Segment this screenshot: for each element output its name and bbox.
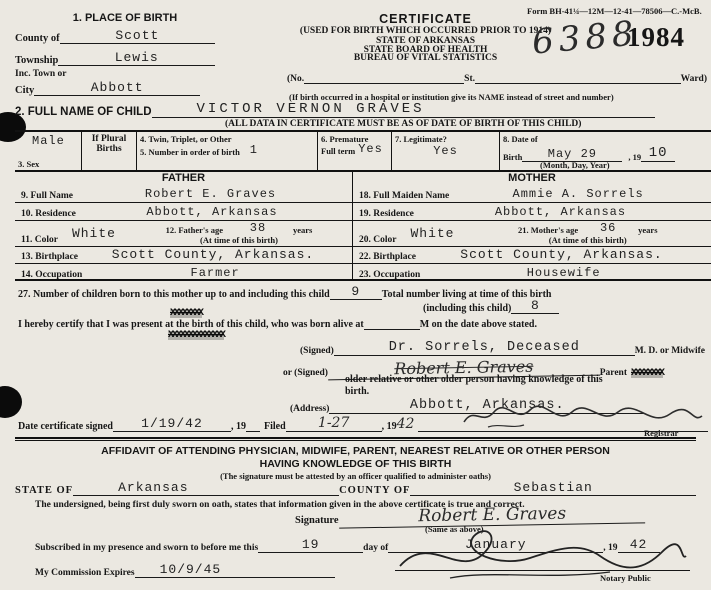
father-age-label: 12. Father's age [166,225,223,235]
vitals-table: Male 3. Sex If Plural Births 4. Twin, Tr… [15,130,711,172]
county-of-label: COUNTY OF [339,485,410,496]
father-residence-label: 10. Residence [21,209,76,219]
notary-label: Notary Public [600,573,651,583]
county-label: County of [15,33,60,44]
mother-years-label: years [638,225,657,235]
certify-text-b: M on the date above stated. [420,319,537,330]
struck-out-word-2: XXXXXXXXXXXXXX [168,331,224,340]
registrar-signature-scribble [460,400,705,430]
physician-signature: Dr. Sorrels, Deceased [334,340,635,356]
legitimate-cell: 7. Legitimate? Yes [392,132,500,170]
father-age-value: 38 [223,221,293,235]
father-heading: FATHER [15,172,352,186]
order-value: 1 [250,143,258,157]
father-years-label: years [293,225,312,235]
affidavit-title-line2: HAVING KNOWLEDGE OF THIS BIRTH [0,458,711,470]
certificate-number-handwritten: 6388 [530,13,640,62]
date-of-birth-cell: 8. Date of Birth May 29 , 19 10 (Month, … [500,132,711,170]
year-stamp: 1984 [627,22,685,53]
county-of-value: Sebastian [410,480,696,496]
county-value: Scott [60,28,215,44]
year-blank-1 [246,431,260,432]
certify-text-a: I hereby certify that I was present at t… [18,319,364,330]
struck-out-word-3: XXXXXXXX [631,369,663,378]
state-label: STATE OF [15,485,73,496]
legitimate-value: Yes [395,144,496,158]
date-signed-label: Date certificate signed [18,421,113,432]
birth-certificate-scan: 1. PLACE OF BIRTH County of Scott Townsh… [0,0,711,590]
mother-age-note: (At time of this birth) [468,235,707,245]
mother-occupation-label: 23. Occupation [359,270,420,280]
certify-time-blank [364,329,420,330]
children-totals-line2: (including this child) 8 [423,298,559,314]
parents-section: FATHER 9. Full Name Robert E. Graves 10.… [15,172,711,281]
child-note: (ALL DATA IN CERTIFICATE MUST BE AS OF D… [225,119,581,129]
place-heading: 1. PLACE OF BIRTH [15,12,215,24]
md-midwife-label: M. D. or Midwife [635,346,705,356]
mother-color-label: 20. Color [359,235,396,245]
mother-name-value: Ammie A. Sorrels [449,187,707,201]
nineteen-blank-2: , 19 [382,421,397,432]
certificate-subtitle: (USED FOR BIRTH WHICH OCCURRED PRIOR TO … [278,26,573,36]
father-occupation-label: 14. Occupation [21,270,82,280]
ward-label: Ward) [681,74,707,84]
certificate-header: CERTIFICATE (USED FOR BIRTH WHICH OCCURR… [278,12,573,63]
plural-label-1: If Plural [85,134,133,144]
father-birthplace-value: Scott County, Arkansas. [78,247,348,262]
street-blank [475,83,681,84]
struck-out-word-1: XXXXXXXX [170,309,202,318]
including-child-label: (including this child) [423,303,511,314]
commission-label: My Commission Expires [35,568,135,578]
subscribed-label: Subscribed in my presence and sworn to b… [35,543,258,553]
parent-label: Parent [600,368,627,378]
dob-note: (Month, Day, Year) [540,160,610,170]
child-name-value: VICTOR VERNON GRAVES [152,101,655,118]
father-birthplace-label: 13. Birthplace [21,252,78,262]
relative-note-line2: birth. [345,386,369,397]
affidavit-title-line1: AFFIDAVIT OF ATTENDING PHYSICIAN, MIDWIF… [0,445,711,457]
dob-label-2: Birth [503,152,522,162]
mother-color-value: White [410,226,454,241]
mother-birthplace-label: 22. Birthplace [359,252,416,262]
mother-residence-value: Abbott, Arkansas [414,205,707,219]
mother-column: MOTHER 18. Full Maiden Name Ammie A. Sor… [352,172,711,279]
section-divider-rule [15,437,696,441]
twin-label: 4. Twin, Triplet, or Other [140,134,314,144]
child-name-row: 2. FULL NAME OF CHILD VICTOR VERNON GRAV… [15,101,655,118]
filed-year-script: 42 [397,416,415,432]
place-of-birth-block: 1. PLACE OF BIRTH County of Scott Townsh… [15,12,215,96]
commission-row: My Commission Expires 10/9/45 [35,562,335,578]
st-label: St. [464,74,475,84]
father-name-label: 9. Full Name [21,191,73,201]
state-value: Arkansas [73,480,339,496]
premature-cell: 6. Premature Full term Yes [318,132,392,170]
children-living-value: 8 [511,298,559,314]
mother-residence-label: 19. Residence [359,209,414,219]
dob-19-label: , 19 [628,152,641,162]
state-county-row: STATE OF Arkansas COUNTY OF Sebastian [15,480,696,496]
twin-order-cell: 4. Twin, Triplet, or Other 5. Number in … [137,132,318,170]
township-value: Lewis [58,50,215,66]
subscribed-day-value: 19 [258,537,363,553]
father-name-value: Robert E. Graves [73,187,348,201]
date-signed-value: 1/19/42 [113,416,231,432]
nineteen-blank-1: , 19 [231,421,246,432]
mother-name-label: 18. Full Maiden Name [359,191,449,201]
children-born-value: 9 [330,284,382,300]
sex-value: Male [18,134,78,148]
hole-punch-bottom [0,386,22,418]
child-name-label: 2. FULL NAME OF CHILD [15,106,152,118]
address-label: (Address) [290,404,329,414]
township-label: Township [15,55,58,66]
sex-label: 3. Sex [18,159,39,169]
signed-label: (Signed) [300,346,334,356]
father-residence-value: Abbott, Arkansas [76,205,348,219]
sex-cell: Male 3. Sex [15,132,82,170]
commission-date-value: 10/9/45 [135,562,335,578]
plural-births-cell: If Plural Births [82,132,137,170]
children-born-label: 27. Number of children born to this moth… [18,289,330,300]
fullterm-label: Full term [321,146,355,156]
mother-age-label: 21. Mother's age [518,225,578,235]
day-of-label: day of [363,543,388,553]
certify-line: I hereby certify that I was present at t… [18,319,710,330]
father-occupation-value: Farmer [82,266,348,280]
mother-heading: MOTHER [353,172,711,186]
dob-label-1: 8. Date of [503,134,708,144]
father-age-note: (At time of this birth) [130,235,348,245]
mother-birthplace-value: Scott County, Arkansas. [416,247,707,262]
filed-date-script: 1-27 [286,415,382,432]
street-number-blank [304,83,464,84]
city-value: Abbott [34,80,200,96]
signature-label: Signature [295,515,339,526]
inc-town-label: Inc. Town or [15,69,215,79]
plural-label-2: Births [85,144,133,154]
street-line: (No. St. Ward) [287,74,707,84]
or-signed-label: or (Signed) [283,368,328,378]
father-color-value: White [72,226,116,241]
mother-age-value: 36 [578,221,638,235]
order-label: 5. Number in order of birth [140,147,240,157]
signed-physician-row: (Signed) Dr. Sorrels, Deceased M. D. or … [300,340,705,356]
org-bureau: BUREAU OF VITAL STATISTICS [278,54,573,63]
city-label: City [15,85,34,96]
legitimate-label: 7. Legitimate? [395,134,496,144]
fullterm-value: Yes [358,142,383,156]
notary-signature-line [395,570,690,571]
filed-label: Filed [264,421,286,432]
no-label: (No. [287,74,304,84]
relative-note-line1: older relative or other older person hav… [345,374,603,385]
mother-occupation-value: Housewife [420,266,707,280]
father-color-label: 11. Color [21,235,58,245]
father-column: FATHER 9. Full Name Robert E. Graves 10.… [15,172,352,279]
dob-year-value: 10 [641,145,675,162]
children-totals-line1: 27. Number of children born to this moth… [18,284,708,300]
